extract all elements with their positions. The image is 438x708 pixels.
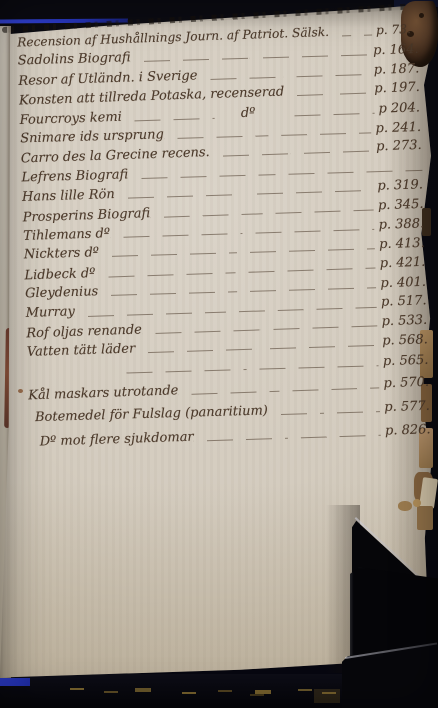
- paper-fragment: [398, 501, 412, 511]
- dash-leader: [260, 319, 378, 334]
- entry-page-number: p. 533.: [381, 314, 427, 329]
- dash-leader: [178, 385, 279, 399]
- entry-title: Prosperins Biografi: [22, 207, 150, 224]
- dash-leader: [115, 188, 245, 203]
- dash-leader: [268, 126, 372, 140]
- entry-page-number: p. 345.: [378, 197, 424, 212]
- dash-leader: [98, 286, 237, 301]
- paper-fragment: [413, 499, 421, 507]
- dash-leader: [235, 261, 376, 277]
- dash-leader: [164, 129, 268, 143]
- handwritten-index-list: Recension af Hushållnings Journ. af Patr…: [17, 23, 431, 455]
- entry-page-number: p. 197.: [374, 81, 420, 96]
- dash-leader: [284, 88, 327, 100]
- dash-leader: [281, 107, 374, 121]
- entry-page-number: p. 73.: [376, 23, 418, 37]
- dash-leader: [150, 207, 262, 222]
- dash-leader: [257, 339, 379, 354]
- entry-page-number: p. 577.: [384, 400, 430, 414]
- entry-page-number: p. 273.: [376, 139, 422, 154]
- dash-leader: [329, 29, 351, 41]
- entry-title: Snimare ids ursprung: [20, 128, 164, 145]
- entry-title: Murray: [26, 306, 76, 321]
- dash-leader: [250, 49, 370, 63]
- entry-title: Rof oljas renande: [26, 323, 142, 340]
- torn-edge-fragment: [419, 477, 438, 509]
- dito-mark: dº: [215, 105, 282, 120]
- dash-leader: [95, 266, 236, 282]
- entry-page-number: p. 517.: [381, 295, 427, 309]
- dash-leader: [113, 363, 246, 378]
- dash-leader: [210, 148, 292, 162]
- entry-title: [28, 372, 114, 374]
- dash-leader: [99, 247, 237, 262]
- dash-leader: [262, 203, 374, 218]
- dash-leader: [244, 184, 374, 199]
- entry-title: Gleydenius: [25, 285, 99, 300]
- entry-page-number: p 204.: [378, 101, 420, 115]
- entry-title: Sadolins Biografi: [18, 52, 131, 68]
- entry-page-number: p. 413.: [379, 237, 425, 251]
- entry-page-number: p. 565.: [383, 353, 429, 367]
- entry-page-number: p. 401.: [380, 276, 426, 290]
- entry-page-number: p. 570.: [383, 376, 429, 391]
- dash-leader: [275, 164, 422, 179]
- dash-leader: [291, 145, 373, 159]
- torn-edge-fragment: [417, 506, 433, 530]
- entry-page-number: p. 319.: [377, 178, 423, 192]
- entry-title: Kål maskars utrotande: [28, 384, 179, 402]
- dash-leader: [194, 432, 288, 446]
- dash-leader: [242, 223, 375, 238]
- entry-title: Lefrens Biografi: [21, 168, 128, 184]
- entry-title: Nickters dº: [24, 247, 99, 262]
- dash-leader: [324, 406, 381, 419]
- entry-page-number: p. 388.: [378, 217, 424, 231]
- entry-page-number: p. 164.: [373, 43, 419, 57]
- dash-leader: [142, 323, 260, 338]
- dash-leader: [130, 52, 250, 66]
- entry-page-number: p. 568.: [382, 334, 428, 348]
- book-edge-blue-ribbon-bottom: [0, 678, 30, 686]
- entry-title: Lidbeck dº: [24, 267, 95, 282]
- dash-leader: [128, 168, 275, 183]
- ink-stain: [18, 389, 23, 393]
- entry-title: Dº mot flere sjukdomar: [40, 430, 194, 448]
- gilt-edge-specks: [70, 688, 84, 690]
- dash-leader: [350, 29, 372, 41]
- entry-title: Botemedel för Fulslag (panaritium): [35, 405, 268, 425]
- dash-leader: [226, 300, 377, 316]
- dash-leader: [327, 87, 370, 99]
- dash-leader: [268, 407, 325, 420]
- dash-leader: [110, 227, 243, 242]
- dash-leader: [75, 305, 226, 321]
- dash-leader: [237, 281, 376, 296]
- entry-page-number: p. 826.: [385, 423, 431, 437]
- dash-leader: [135, 343, 257, 358]
- entry-page-number: p. 241.: [375, 121, 421, 135]
- book-photo: Recension af Hushållnings Journ. af Patr…: [0, 0, 438, 708]
- dash-leader: [122, 112, 215, 126]
- dash-leader: [237, 243, 375, 258]
- dash-leader: [283, 68, 370, 82]
- dash-leader: [279, 382, 380, 396]
- dash-leader: [246, 359, 379, 374]
- dash-leader: [287, 429, 381, 443]
- entry-page-number: p. 187.: [374, 62, 420, 76]
- entry-page-number: p. 421.: [380, 255, 426, 270]
- dash-leader: [197, 71, 284, 85]
- entry-title: Hans lille Rön: [22, 188, 115, 204]
